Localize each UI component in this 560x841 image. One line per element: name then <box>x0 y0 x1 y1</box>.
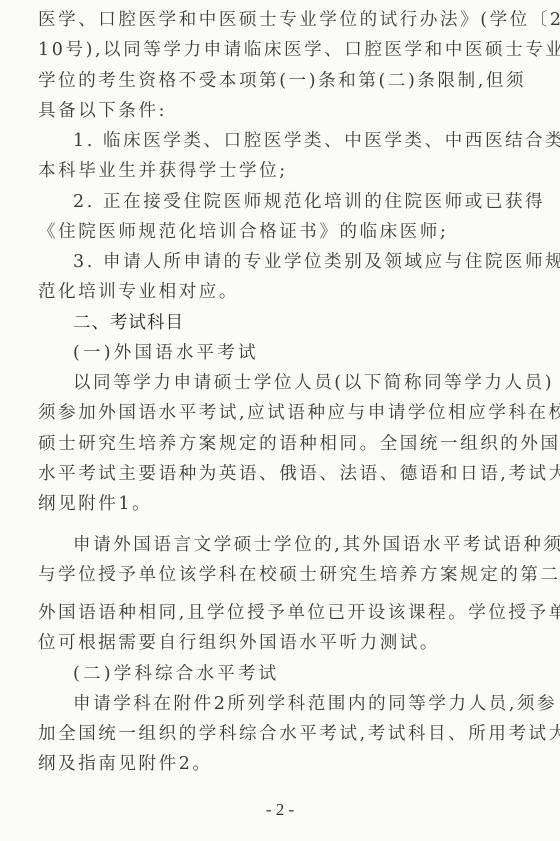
list-item-3: 3. 申请人所申请的专业学位类别及领域应与住院医师规 <box>73 251 488 273</box>
text-line: 范化培训专业相对应。 <box>38 281 488 303</box>
text-line: 以同等学力申请硕士学位人员(以下简称同等学力人员) <box>73 372 488 394</box>
text-line: 与学位授予单位该学科在校硕士研究生培养方案规定的第二 <box>38 564 488 586</box>
text-line: 《住院医师规范化培训合格证书》的临床医师; <box>38 221 488 243</box>
subsection-heading: (一)外国语水平考试 <box>73 342 488 364</box>
text-line: 加全国统一组织的学科综合水平考试,考试科目、所用考试大 <box>38 723 488 745</box>
document-page: 医学、口腔医学和中医硕士专业学位的试行办法》(学位〔2015〕 10号),以同等… <box>0 0 560 841</box>
text-line: 硕士研究生培养方案规定的语种相同。全国统一组织的外国语 <box>38 433 488 455</box>
text-line: 外国语语种相同,且学位授予单位已开设该课程。学位授予单 <box>38 602 488 624</box>
text-line: 须参加外国语水平考试,应试语种应与申请学位相应学科在校 <box>38 402 488 424</box>
text-line: 本科毕业生并获得学士学位; <box>38 160 488 182</box>
text-line: 学位的考生资格不受本项第(一)条和第(二)条限制,但须 <box>38 70 488 92</box>
text-line: 申请学科在附件2所列学科范围内的同等学力人员,须参 <box>73 693 488 715</box>
list-item-1: 1. 临床医学类、口腔医学类、中医学类、中西医结合类 <box>73 130 488 152</box>
page-number: - 2 - <box>0 800 560 820</box>
text-line: 10号),以同等学力申请临床医学、口腔医学和中医硕士专业 <box>38 39 488 61</box>
text-line: 申请外国语言文学硕士学位的,其外国语水平考试语种须 <box>73 534 488 556</box>
section-heading: 二、考试科目 <box>73 312 488 334</box>
subsection-heading: (二)学科综合水平考试 <box>73 663 488 685</box>
text-line: 纲及指南见附件2。 <box>38 753 488 775</box>
text-line: 具备以下条件: <box>38 100 488 122</box>
list-item-2: 2. 正在接受住院医师规范化培训的住院医师或已获得 <box>73 191 488 213</box>
text-line: 医学、口腔医学和中医硕士专业学位的试行办法》(学位〔2015〕 <box>38 9 488 31</box>
text-line: 水平考试主要语种为英语、俄语、法语、德语和日语,考试大 <box>38 463 488 485</box>
text-line: 位可根据需要自行组织外国语水平听力测试。 <box>38 632 488 654</box>
text-line: 纲见附件1。 <box>38 493 488 515</box>
